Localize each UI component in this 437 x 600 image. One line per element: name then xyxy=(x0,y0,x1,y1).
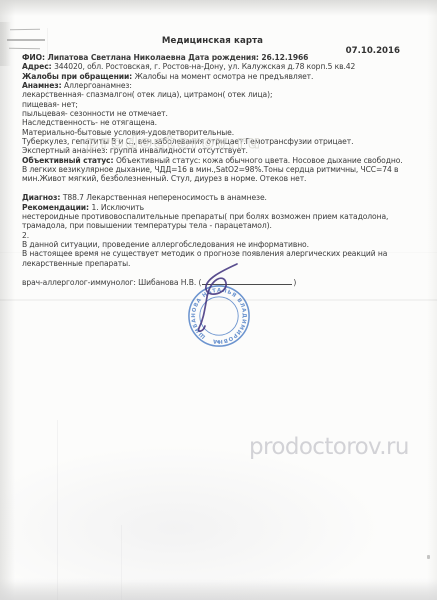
document-line xyxy=(22,184,422,193)
doctor-signature-label: врач-аллерголог-иммунолог: Шибанова Н.В.… xyxy=(22,278,201,287)
signature-stroke xyxy=(199,264,237,331)
document-line: Адрес: 344020, обл. Ростовская, г. Росто… xyxy=(22,62,422,71)
scan-bottom-shadow xyxy=(0,578,437,600)
document-line: Диагноз: T88.7 Лекарственная непереносим… xyxy=(22,193,422,202)
paper-crease xyxy=(57,420,58,600)
signature-close-paren: ) xyxy=(293,278,296,287)
document-line: лекарственная- спазмалгон( отек лица), ц… xyxy=(22,90,422,99)
document-line: Анамнез: Аллергоанамнез: xyxy=(22,81,422,90)
document-line: Наследственность- не отягащена. xyxy=(22,118,422,127)
document-line: Жалобы при обращении: Жалобы на момент о… xyxy=(22,72,422,81)
signature-ink xyxy=(180,252,285,347)
document-line: пыльцевая- сезонности не отмечает. xyxy=(22,109,422,118)
document-line: пищевая- нет; xyxy=(22,100,422,109)
document-line: Рекомендации: 1. Исключить xyxy=(22,203,422,212)
document-line: Экспертный анамнез: группа инвалидности … xyxy=(22,146,422,155)
document-line: В данной ситуации, проведение аллергобсл… xyxy=(22,240,422,249)
scan-speck xyxy=(427,555,430,559)
document-line: ФИО: Липатова Светлана Николаевна Дата р… xyxy=(22,53,422,62)
document-line: В легких везикулярное дыхание, ЧДД=16 в … xyxy=(22,165,422,174)
document-line: Материально-бытовые условия-удовлетворит… xyxy=(22,128,422,137)
document-line: Объективный статус: Объективный статус: … xyxy=(22,156,422,165)
document-line: 2. xyxy=(22,231,422,240)
document-line: Туберкулез, гепатиты В и С., вен.заболев… xyxy=(22,137,422,146)
document-line: нестероидные противовоспалительные препа… xyxy=(22,212,422,221)
document-body: ФИО: Липатова Светлана Николаевна Дата р… xyxy=(22,53,422,268)
document-line: трамадола, при повышении температуры тел… xyxy=(22,221,422,230)
document-line: мин.Живот мягкий, безболезненный. Стул, … xyxy=(22,174,422,183)
prodoctorov-watermark: prodoctorov.ru xyxy=(249,434,409,460)
document-title: Медицинская карта xyxy=(0,36,425,46)
